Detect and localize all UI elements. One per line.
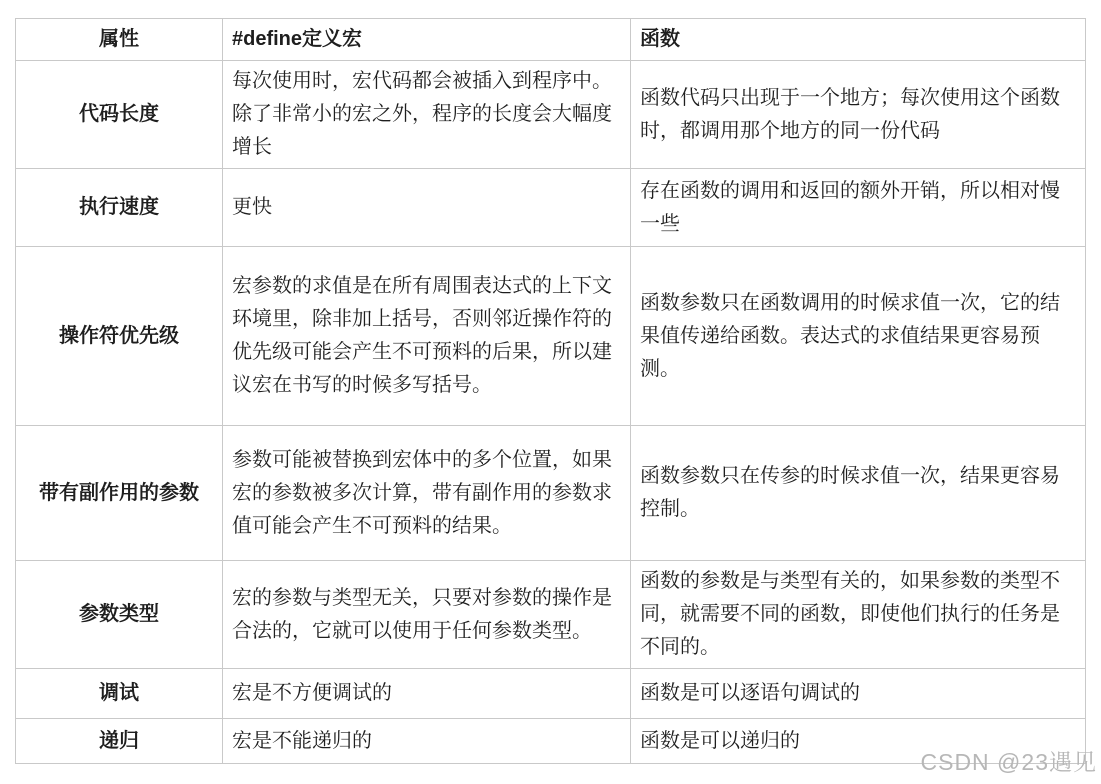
table-row: 带有副作用的参数 参数可能被替换到宏体中的多个位置，如果宏的参数被多次计算，带有… <box>16 426 1086 561</box>
table-row: 参数类型 宏的参数与类型无关，只要对参数的操作是合法的，它就可以使用于任何参数类… <box>16 561 1086 669</box>
row-func-desc: 函数参数只在函数调用的时候求值一次，它的结果值传递给函数。表达式的求值结果更容易… <box>631 247 1086 426</box>
row-macro-desc: 更快 <box>223 169 631 247</box>
header-attribute: 属性 <box>16 19 223 61</box>
row-func-desc: 函数是可以逐语句调试的 <box>631 669 1086 719</box>
table-row: 调试 宏是不方便调试的 函数是可以逐语句调试的 <box>16 669 1086 719</box>
macro-vs-function-table: 属性 #define定义宏 函数 代码长度 每次使用时，宏代码都会被插入到程序中… <box>15 18 1086 764</box>
table-row: 代码长度 每次使用时，宏代码都会被插入到程序中。除了非常小的宏之外，程序的长度会… <box>16 61 1086 169</box>
row-attribute: 调试 <box>16 669 223 719</box>
row-func-desc: 函数的参数是与类型有关的，如果参数的类型不同，就需要不同的函数，即使他们执行的任… <box>631 561 1086 669</box>
table-header-row: 属性 #define定义宏 函数 <box>16 19 1086 61</box>
row-attribute: 参数类型 <box>16 561 223 669</box>
row-attribute: 带有副作用的参数 <box>16 426 223 561</box>
row-macro-desc: 宏是不方便调试的 <box>223 669 631 719</box>
row-attribute: 操作符优先级 <box>16 247 223 426</box>
row-macro-desc: 宏的参数与类型无关，只要对参数的操作是合法的，它就可以使用于任何参数类型。 <box>223 561 631 669</box>
table-row: 操作符优先级 宏参数的求值是在所有周围表达式的上下文环境里，除非加上括号，否则邻… <box>16 247 1086 426</box>
header-define-macro: #define定义宏 <box>223 19 631 61</box>
row-macro-desc: 每次使用时，宏代码都会被插入到程序中。除了非常小的宏之外，程序的长度会大幅度增长 <box>223 61 631 169</box>
row-macro-desc: 参数可能被替换到宏体中的多个位置，如果宏的参数被多次计算，带有副作用的参数求值可… <box>223 426 631 561</box>
row-attribute: 递归 <box>16 719 223 764</box>
table-row: 执行速度 更快 存在函数的调用和返回的额外开销，所以相对慢一些 <box>16 169 1086 247</box>
row-macro-desc: 宏参数的求值是在所有周围表达式的上下文环境里，除非加上括号，否则邻近操作符的优先… <box>223 247 631 426</box>
csdn-watermark: CSDN @23遇见 <box>921 749 1098 777</box>
row-attribute: 执行速度 <box>16 169 223 247</box>
row-func-desc: 函数代码只出现于一个地方；每次使用这个函数时，都调用那个地方的同一份代码 <box>631 61 1086 169</box>
row-macro-desc: 宏是不能递归的 <box>223 719 631 764</box>
row-func-desc: 函数参数只在传参的时候求值一次，结果更容易控制。 <box>631 426 1086 561</box>
row-func-desc: 存在函数的调用和返回的额外开销，所以相对慢一些 <box>631 169 1086 247</box>
row-attribute: 代码长度 <box>16 61 223 169</box>
header-function: 函数 <box>631 19 1086 61</box>
